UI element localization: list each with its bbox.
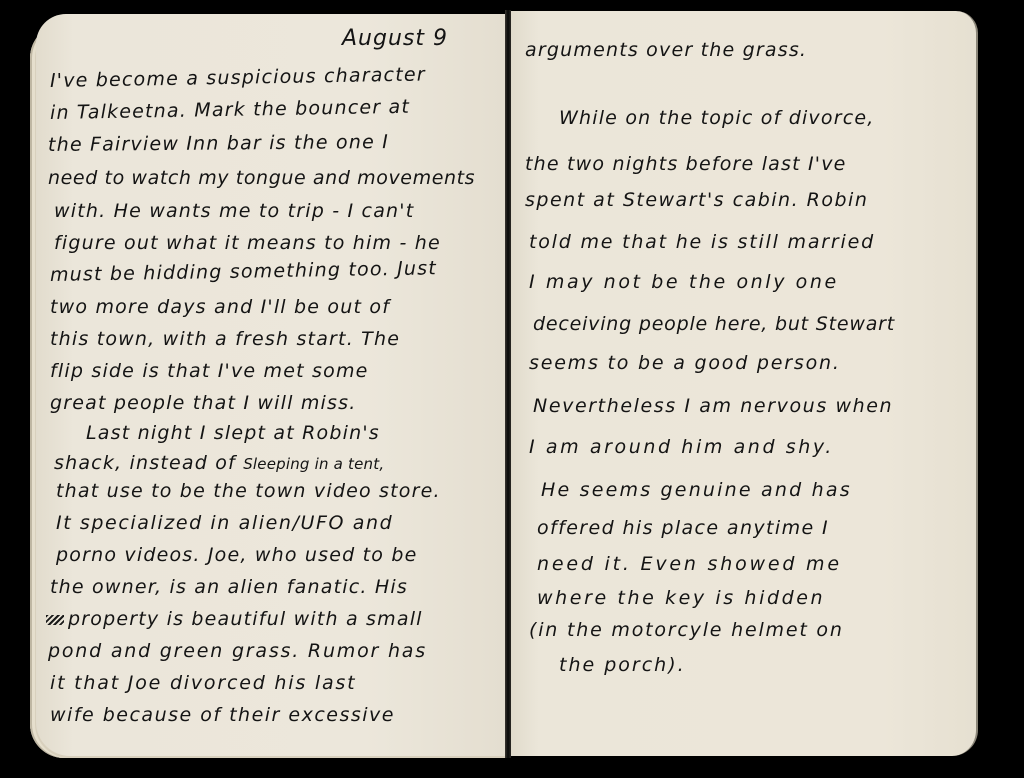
handwritten-line: I may not be the only one <box>529 273 839 292</box>
handwritten-line: porno videos. Joe, who used to be <box>56 546 418 565</box>
handwritten-line: need it. Even showed me <box>537 555 842 574</box>
left-page: August 9 I've become a suspicious charac… <box>36 14 506 756</box>
handwritten-line: (in the motorcyle helmet on <box>529 621 844 640</box>
handwritten-line: wife because of their excessive <box>50 706 395 725</box>
handwritten-line: great people that I will miss. <box>50 394 356 413</box>
handwritten-line: the porch). <box>559 656 686 675</box>
handwritten-line: It specialized in alien/UFO and <box>56 514 393 533</box>
handwritten-line: with. He wants me to trip - I can't <box>54 202 414 221</box>
crossed-out-word <box>46 615 64 625</box>
handwritten-line: must be hidding something too. Just <box>50 259 437 285</box>
right-page: arguments over the grass. While on the t… <box>511 11 978 756</box>
inserted-text: Sleeping in a tent, <box>243 455 384 473</box>
entry-date: August 9 <box>342 28 448 50</box>
handwritten-line: offered his place anytime I <box>537 519 829 538</box>
handwritten-line: two more days and I'll be out of <box>50 298 390 317</box>
handwritten-line: I've become a suspicious character <box>50 65 426 91</box>
handwritten-line: shack, instead of Sleeping in a tent, <box>54 454 384 473</box>
handwritten-line: Last night I slept at Robin's <box>86 424 380 443</box>
handwritten-line: need to watch my tongue and movements <box>48 169 475 188</box>
handwritten-line: the Fairview Inn bar is the one I <box>48 133 389 155</box>
handwritten-line: in Talkeetna. Mark the bouncer at <box>50 98 410 123</box>
handwritten-line: He seems genuine and has <box>541 481 852 500</box>
handwritten-line: Nevertheless I am nervous when <box>533 397 893 416</box>
handwritten-line: flip side is that I've met some <box>50 362 369 381</box>
handwritten-line: that use to be the town video store. <box>56 482 441 501</box>
handwritten-line: arguments over the grass. <box>525 41 807 60</box>
handwritten-line: the two nights before last I've <box>525 155 847 174</box>
handwritten-line: While on the topic of divorce, <box>559 109 875 128</box>
handwritten-line: I am around him and shy. <box>529 438 834 457</box>
line-text: shack, instead of <box>54 452 236 474</box>
handwritten-line: property is beautiful with a small <box>46 610 423 629</box>
handwritten-line: figure out what it means to him - he <box>54 234 441 253</box>
handwritten-line: seems to be a good person. <box>529 354 841 373</box>
handwritten-line: it that Joe divorced his last <box>50 674 356 693</box>
notebook-spread: August 9 I've become a suspicious charac… <box>0 0 1024 778</box>
line-text: property is beautiful with a small <box>68 608 423 630</box>
handwritten-line: where the key is hidden <box>537 589 825 608</box>
handwritten-line: spent at Stewart's cabin. Robin <box>525 191 868 210</box>
handwritten-line: this town, with a fresh start. The <box>50 330 400 349</box>
handwritten-line: deceiving people here, but Stewart <box>533 315 895 334</box>
handwritten-line: the owner, is an alien fanatic. His <box>50 578 408 597</box>
handwritten-line: pond and green grass. Rumor has <box>48 642 427 661</box>
handwritten-line: told me that he is still married <box>529 233 875 252</box>
